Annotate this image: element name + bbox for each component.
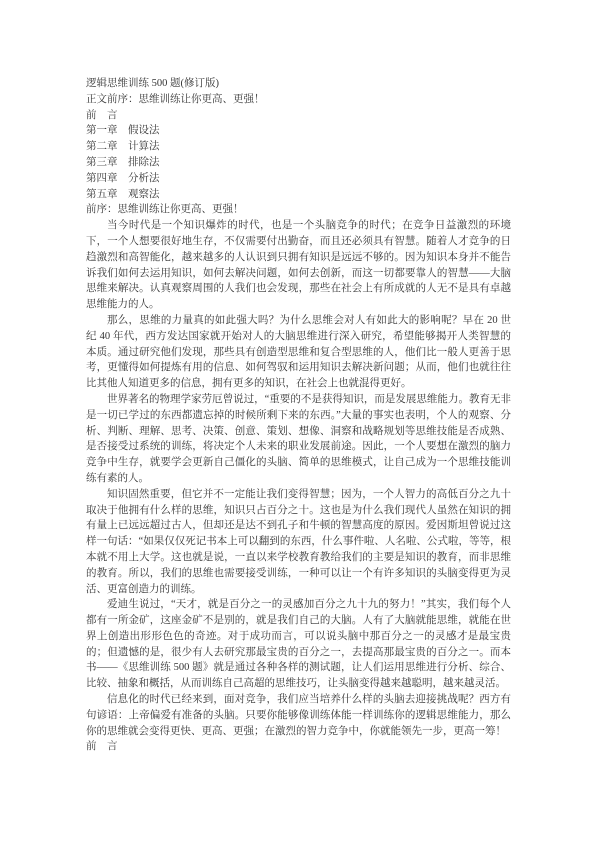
- toc-item-chapter-5: 第五章 观察法: [86, 187, 511, 203]
- preface-paragraph-1: 当今时代是一个知识爆炸的时代，也是一个头脑竞争的时代；在竞争日益激烈的环境下，一…: [86, 218, 511, 313]
- preface-paragraph-4: 知识固然重要，但它并不一定能让我们变得智慧；因为，一个人智力的高低百分之九十取决…: [86, 487, 511, 598]
- preface-paragraph-5: 爱迪生说过，“天才，就是百分之一的灵感加百分之九十九的努力！”其实，我们每个人都…: [86, 597, 511, 692]
- foreword-heading: 前 言: [86, 739, 511, 755]
- preface-heading: 前序：思维训练让你更高、更强！: [86, 202, 511, 218]
- toc-item-chapter-3: 第三章 排除法: [86, 155, 511, 171]
- toc-item-chapter-1: 第一章 假设法: [86, 123, 511, 139]
- toc-item-chapter-4: 第四章 分析法: [86, 171, 511, 187]
- preface-paragraph-3: 世界著名的物理学家劳厄曾说过，“重要的不是获得知识，而是发展思维能力。教育无非是…: [86, 392, 511, 487]
- toc-item-foreword: 前 言: [86, 108, 511, 124]
- document-page: 逻辑思维训练 500 题(修订版) 正文前序：思维训练让你更高、更强！ 前 言 …: [86, 76, 511, 755]
- preface-paragraph-2: 那么，思维的力量真的如此强大吗？为什么思维会对人有如此大的影响呢？早在 20 世…: [86, 313, 511, 392]
- preface-paragraph-6: 信息化的时代已经来到，面对竞争，我们应当培养什么样的头脑去迎接挑战呢？西方有句谚…: [86, 692, 511, 739]
- toc-item-chapter-2: 第二章 计算法: [86, 139, 511, 155]
- preface-subtitle: 正文前序：思维训练让你更高、更强！: [86, 92, 511, 108]
- book-title: 逻辑思维训练 500 题(修订版): [86, 76, 511, 92]
